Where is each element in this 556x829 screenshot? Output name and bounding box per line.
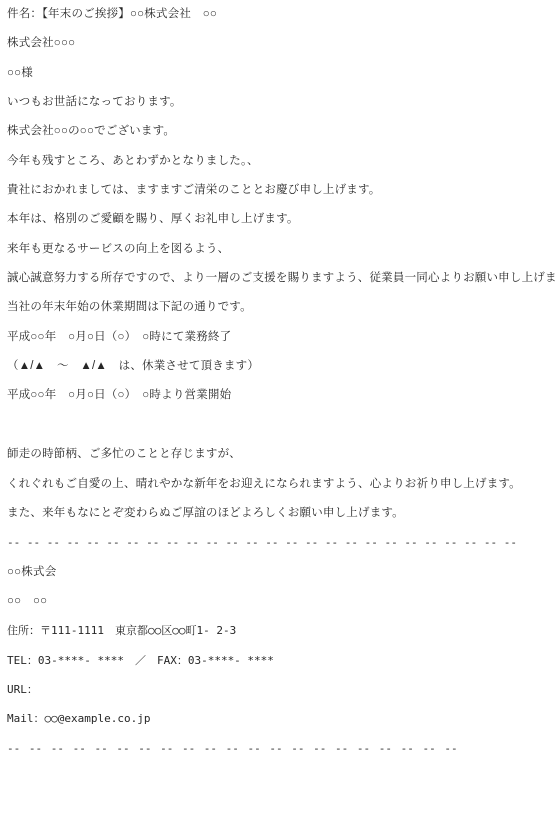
body-line: 誠心誠意努力する所存ですので、より一層のご支援を賜りますよう、従業員一同心よりお… — [7, 264, 556, 293]
body-closing-line: 師走の時節柄、ご多忙のことと存じますが、 — [7, 440, 556, 469]
blank-line — [7, 411, 556, 440]
body-closing-line: また、来年もなにとぞ変わらぬご厚誼のほどよろしくお願い申し上げます。 — [7, 499, 556, 528]
body-intro-line: 株式会社○○の○○でございます。 — [7, 117, 556, 146]
subject-line: 件名：【年末のご挨拶】○○株式会社 ○○ — [7, 0, 556, 29]
body-line: 貴社におかれましては、ますますご清栄のこととお慶び申し上げます。 — [7, 176, 556, 205]
signature-tel-fax: TEL：03-****- **** ／ FAX：03-****- **** — [7, 646, 556, 675]
body-line: 今年も残すところ、あとわずかとなりました。、 — [7, 147, 556, 176]
body-closing-line: くれぐれもご自愛の上、晴れやかな新年をお迎えになられますよう、心よりお祈り申し上… — [7, 470, 556, 499]
signature-divider-top: -- -- -- -- -- -- -- -- -- -- -- -- -- -… — [7, 528, 556, 557]
holiday-schedule-end: 平成○○年 ○月○日（○） ○時にて業務終了 — [7, 323, 556, 352]
holiday-schedule-closed: （▲/▲ ～ ▲/▲ は、休業させて頂きます） — [7, 352, 556, 381]
body-greeting-line: いつもお世話になっております。 — [7, 88, 556, 117]
signature-company: ○○株式会 — [7, 558, 556, 587]
recipient-person: ○○様 — [7, 59, 556, 88]
body-line: 本年は、格別のご愛顧を賜り、厚くお礼申し上げます。 — [7, 205, 556, 234]
signature-mail: Mail：○○@example.co.jp — [7, 704, 556, 733]
body-line: 来年も更なるサービスの向上を図るよう、 — [7, 235, 556, 264]
recipient-company: 株式会社○○○ — [7, 29, 556, 58]
signature-address: 住所：〒111-1111 東京都○○区○○町1- 2-3 — [7, 616, 556, 645]
signature-url: URL： — [7, 675, 556, 704]
signature-person: ○○ ○○ — [7, 587, 556, 616]
holiday-notice-heading: 当社の年末年始の休業期間は下記の通りです。 — [7, 293, 556, 322]
signature-divider-bottom: -- -- -- -- -- -- -- -- -- -- -- -- -- -… — [7, 734, 556, 763]
holiday-schedule-start: 平成○○年 ○月○日（○） ○時より営業開始 — [7, 381, 556, 410]
email-body-text: 件名：【年末のご挨拶】○○株式会社 ○○ 株式会社○○○ ○○様 いつもお世話に… — [0, 0, 556, 763]
